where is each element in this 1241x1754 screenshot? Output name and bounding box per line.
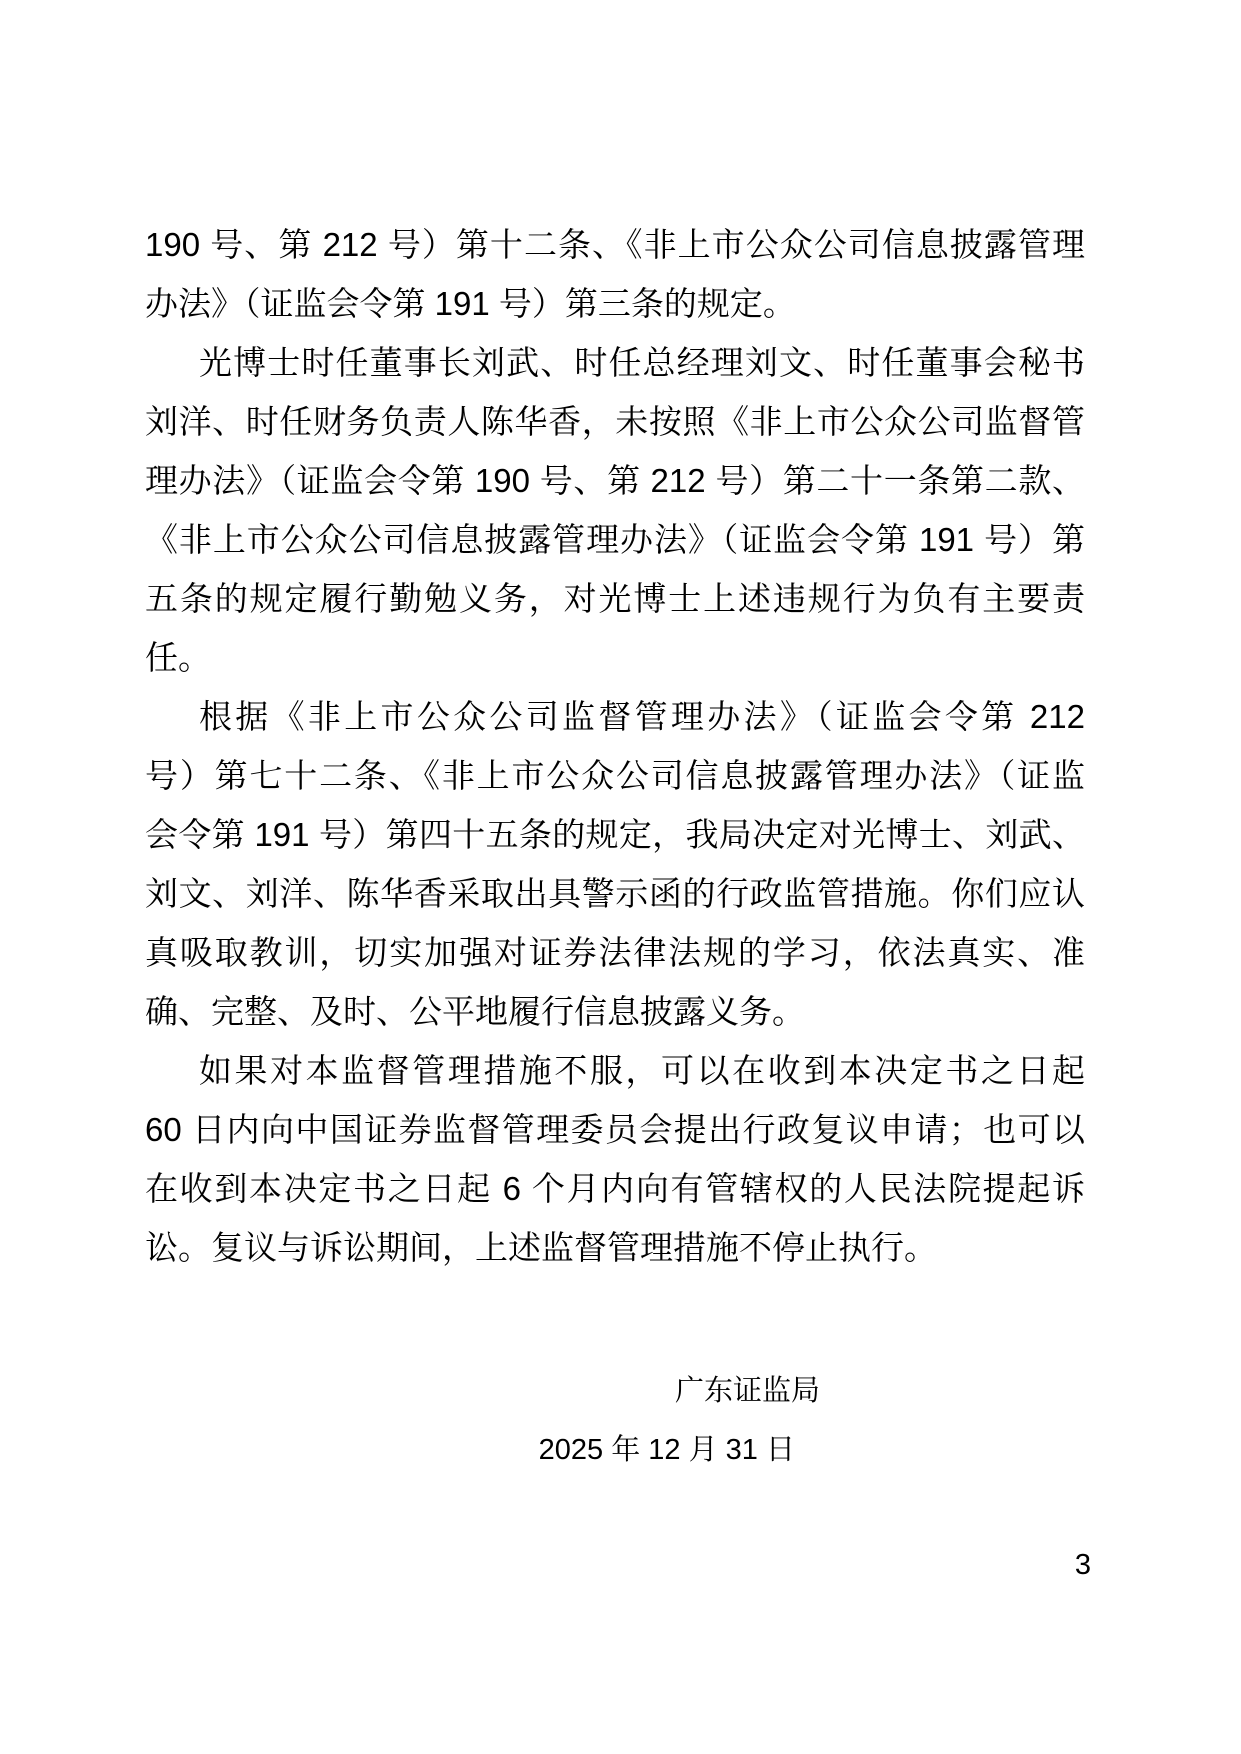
paragraph: 190 号、第 212 号）第十二条、《非上市公众公司信息披露管理办法》（证监会… [145, 215, 1085, 333]
text-line: 任。 [145, 628, 1085, 687]
text-line: 号）第七十二条、《非上市公众公司信息披露管理办法》（证监 [145, 746, 1085, 805]
text-line: 刘文、刘洋、陈华香采取出具警示函的行政监管措施。你们应认 [145, 864, 1085, 923]
text-line: 如果对本监督管理措施不服，可以在收到本决定书之日起 [145, 1041, 1085, 1100]
text-line: 60 日内向中国证券监督管理委员会提出行政复议申请；也可以 [145, 1100, 1085, 1159]
signature-org: 广东证监局 [675, 1362, 820, 1421]
text-line: 在收到本决定书之日起 6 个月内向有管辖权的人民法院提起诉 [145, 1159, 1085, 1218]
paragraph: 如果对本监督管理措施不服，可以在收到本决定书之日起60 日内向中国证券监督管理委… [145, 1041, 1085, 1277]
text-line: 理办法》（证监会令第 190 号、第 212 号）第二十一条第二款、 [145, 451, 1085, 510]
text-line: 确、完整、及时、公平地履行信息披露义务。 [145, 982, 1085, 1041]
text-line: 光博士时任董事长刘武、时任总经理刘文、时任董事会秘书 [145, 333, 1085, 392]
text-line: 讼。复议与诉讼期间，上述监督管理措施不停止执行。 [145, 1218, 1085, 1277]
text-line: 五条的规定履行勤勉义务，对光博士上述违规行为负有主要责 [145, 569, 1085, 628]
text-line: 办法》（证监会令第 191 号）第三条的规定。 [145, 274, 1085, 333]
text-line: 190 号、第 212 号）第十二条、《非上市公众公司信息披露管理 [145, 215, 1085, 274]
text-line: 根据《非上市公众公司监督管理办法》（证监会令第 212 [145, 687, 1085, 746]
text-line: 《非上市公众公司信息披露管理办法》（证监会令第 191 号）第 [145, 510, 1085, 569]
paragraph: 根据《非上市公众公司监督管理办法》（证监会令第 212号）第七十二条、《非上市公… [145, 687, 1085, 1041]
text-line: 会令第 191 号）第四十五条的规定，我局决定对光博士、刘武、 [145, 805, 1085, 864]
document-body: 190 号、第 212 号）第十二条、《非上市公众公司信息披露管理办法》（证监会… [145, 215, 1085, 1277]
page-number: 3 [1075, 1545, 1091, 1585]
paragraph: 光博士时任董事长刘武、时任总经理刘文、时任董事会秘书刘洋、时任财务负责人陈华香，… [145, 333, 1085, 687]
signature-date: 2025 年 12 月 31 日 [539, 1421, 795, 1480]
text-line: 刘洋、时任财务负责人陈华香，未按照《非上市公众公司监督管 [145, 392, 1085, 451]
document-page: 190 号、第 212 号）第十二条、《非上市公众公司信息披露管理办法》（证监会… [0, 0, 1241, 1754]
text-line: 真吸取教训，切实加强对证券法律法规的学习，依法真实、准 [145, 923, 1085, 982]
